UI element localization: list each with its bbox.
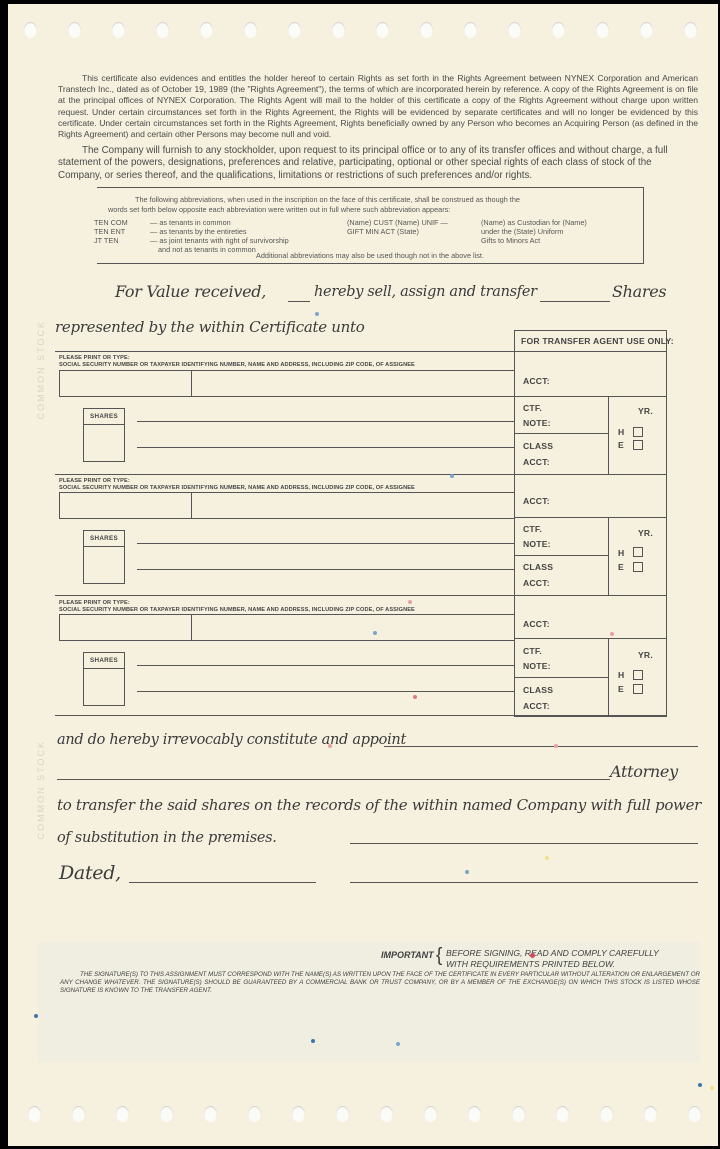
transfer-shares-text: to transfer the said shares on the recor… — [57, 796, 701, 814]
assignee-address-line-2[interactable] — [137, 447, 514, 448]
feed-hole — [556, 1106, 569, 1122]
paper-speck — [698, 1083, 702, 1087]
feed-hole — [688, 1106, 701, 1122]
paper-speck — [311, 1039, 315, 1043]
acct-label: ACCT: — [523, 376, 550, 386]
feed-hole — [468, 1106, 481, 1122]
assignee-address-line-2[interactable] — [137, 691, 514, 692]
abbreviation-meaning: — as joint tenants with right of survivo… — [150, 236, 289, 245]
abbreviation-code — [347, 236, 481, 245]
shares-box[interactable]: SHARES — [83, 652, 125, 706]
assignee-address-line-1[interactable] — [137, 543, 514, 544]
feed-hole — [160, 1106, 173, 1122]
abbreviation-left-column: TEN COM— as tenants in common TEN ENT— a… — [94, 218, 289, 254]
e-checkbox[interactable] — [633, 440, 643, 450]
rights-agreement-paragraph: This certificate also evidences and enti… — [58, 73, 698, 140]
note-label: NOTE: — [523, 418, 551, 428]
divider — [514, 638, 667, 639]
abbreviations-box: The following abbreviations, when used i… — [97, 187, 644, 264]
yr-label: YR. — [638, 650, 653, 660]
abbreviation-code: TEN COM — [94, 218, 150, 227]
paper-speck — [610, 632, 614, 636]
stockholder-info-paragraph: The Company will furnish to any stockhol… — [58, 145, 698, 182]
feed-hole — [508, 22, 521, 38]
divider — [608, 638, 609, 716]
abbreviation-right-column: (Name) CUST (Name) UNIF —(Name) as Custo… — [347, 218, 587, 245]
assignee-instruction-line2: SOCIAL SECURITY NUMBER OR TAXPAYER IDENT… — [59, 607, 415, 614]
feed-hole — [24, 22, 37, 38]
paper-speck — [465, 870, 469, 874]
feed-hole — [156, 22, 169, 38]
assignor-blank-line[interactable] — [288, 301, 310, 302]
e-checkbox[interactable] — [633, 684, 643, 694]
feed-hole — [244, 22, 257, 38]
transfer-agent-header: FOR TRANSFER AGENT USE ONLY: — [521, 336, 674, 346]
assignee-address-line-2[interactable] — [137, 569, 514, 570]
abbreviation-code: GIFT MIN ACT (State) — [347, 227, 481, 236]
abbreviation-code: TEN ENT — [94, 227, 150, 236]
stockholder-info-text: The Company will furnish to any stockhol… — [58, 145, 698, 182]
abbreviations-intro: The following abbreviations, when used i… — [97, 195, 643, 215]
important-notice: BEFORE SIGNING, READ AND COMPLY CAREFULL… — [446, 948, 659, 969]
divider — [84, 424, 124, 425]
feed-hole — [640, 22, 653, 38]
divider — [55, 474, 667, 475]
feed-hole — [28, 1106, 41, 1122]
abbreviation-meaning: (Name) as Custodian for (Name) — [481, 218, 587, 227]
h-checkbox[interactable] — [633, 547, 643, 557]
yr-label: YR. — [638, 528, 653, 538]
abbreviations-intro-line1: The following abbreviations, when used i… — [97, 195, 643, 205]
h-label: H — [618, 670, 624, 680]
divider — [55, 595, 667, 596]
divider — [514, 433, 609, 434]
paper-speck — [315, 312, 319, 316]
shares-label: SHARES — [84, 657, 124, 664]
brace-icon: { — [436, 945, 442, 967]
assignee-instruction: PLEASE PRINT OR TYPE: SOCIAL SECURITY NU… — [59, 600, 415, 613]
assignee-ssn-field[interactable] — [59, 370, 192, 397]
feed-hole — [552, 22, 565, 38]
for-value-received-text: For Value received, — [115, 282, 266, 301]
assignee-ssn-field[interactable] — [59, 614, 192, 641]
h-label: H — [618, 427, 624, 437]
h-label: H — [618, 548, 624, 558]
class-label: CLASS — [523, 441, 553, 451]
assignee-instruction-line2: SOCIAL SECURITY NUMBER OR TAXPAYER IDENT… — [59, 485, 415, 492]
shares-box[interactable]: SHARES — [83, 530, 125, 584]
feed-hole — [72, 1106, 85, 1122]
feed-hole — [596, 22, 609, 38]
class-label: CLASS — [523, 562, 553, 572]
constitute-appoint-text: and do hereby irrevocably constitute and… — [57, 732, 406, 748]
acct-label: ACCT: — [523, 578, 550, 588]
abbreviation-meaning: under the (State) Uniform — [481, 227, 563, 236]
shares-box[interactable]: SHARES — [83, 408, 125, 462]
ctf-label: CTF. — [523, 524, 542, 534]
abbreviations-footer: Additional abbreviations may also be use… — [97, 251, 643, 260]
h-checkbox[interactable] — [633, 427, 643, 437]
signature-requirements-text: THE SIGNATURE(S) TO THIS ASSIGNMENT MUST… — [60, 971, 700, 996]
abbreviation-meaning: Gifts to Minors Act — [481, 236, 540, 245]
important-notice-line1: BEFORE SIGNING, READ AND COMPLY CAREFULL… — [446, 948, 659, 959]
feed-hole — [424, 1106, 437, 1122]
assignee-instruction: PLEASE PRINT OR TYPE: SOCIAL SECURITY NU… — [59, 478, 415, 491]
divider — [55, 715, 667, 716]
divider — [514, 677, 609, 678]
tractor-holes-bottom — [0, 1106, 720, 1122]
paper-speck — [530, 953, 535, 958]
important-label: IMPORTANT — [381, 950, 434, 960]
signature-line-2[interactable] — [350, 882, 698, 883]
e-checkbox[interactable] — [633, 562, 643, 572]
acct-label: ACCT: — [523, 619, 550, 629]
feed-hole — [68, 22, 81, 38]
h-checkbox[interactable] — [633, 670, 643, 680]
divider — [514, 517, 667, 518]
yr-label: YR. — [638, 406, 653, 416]
feed-hole — [200, 22, 213, 38]
e-label: E — [618, 562, 624, 572]
feed-hole — [112, 22, 125, 38]
assignee-name-field[interactable] — [190, 614, 515, 641]
note-label: NOTE: — [523, 661, 551, 671]
tractor-holes-top — [0, 22, 720, 38]
feed-hole — [644, 1106, 657, 1122]
class-label: CLASS — [523, 685, 553, 695]
divider — [608, 396, 609, 474]
watermark-text: COMMON STOCK — [36, 320, 46, 419]
attorney-name-line-2[interactable] — [57, 779, 610, 780]
divider — [55, 351, 516, 352]
feed-hole — [512, 1106, 525, 1122]
feed-hole — [684, 22, 697, 38]
assignee-name-field[interactable] — [190, 492, 515, 519]
assignee-name-field[interactable] — [190, 370, 515, 397]
divider — [514, 351, 667, 352]
divider — [84, 546, 124, 547]
substitution-text: of substitution in the premises. — [57, 830, 277, 846]
feed-hole — [376, 22, 389, 38]
acct-label: ACCT: — [523, 457, 550, 467]
assignee-instruction: PLEASE PRINT OR TYPE: SOCIAL SECURITY NU… — [59, 355, 415, 368]
abbreviation-code: JT TEN — [94, 236, 150, 245]
ctf-label: CTF. — [523, 646, 542, 656]
feed-hole — [288, 22, 301, 38]
shares-count-blank-line[interactable] — [540, 301, 610, 302]
ctf-label: CTF. — [523, 403, 542, 413]
feed-hole — [332, 22, 345, 38]
shares-word: Shares — [612, 282, 666, 301]
dated-label: Dated, — [59, 862, 121, 884]
represented-by-text: represented by the within Certificate un… — [55, 318, 364, 336]
shares-label: SHARES — [84, 535, 124, 542]
feed-hole — [116, 1106, 129, 1122]
paper-speck — [413, 695, 417, 699]
abbreviation-meaning: — as tenants in common — [150, 218, 231, 227]
attorney-name-line[interactable] — [384, 746, 698, 747]
abbreviation-code: (Name) CUST (Name) UNIF — — [347, 218, 481, 227]
shares-label: SHARES — [84, 413, 124, 420]
assignee-address-line-1[interactable] — [137, 421, 514, 422]
paper-speck — [545, 856, 549, 860]
divider — [514, 555, 609, 556]
divider — [84, 668, 124, 669]
assignee-ssn-field[interactable] — [59, 492, 192, 519]
sell-assign-transfer-text: hereby sell, assign and transfer — [314, 284, 537, 300]
paper-speck — [450, 474, 454, 478]
assignee-address-line-1[interactable] — [137, 665, 514, 666]
important-notice-line2: WITH REQUIREMENTS PRINTED BELOW. — [446, 959, 659, 970]
assignee-instruction-line2: SOCIAL SECURITY NUMBER OR TAXPAYER IDENT… — [59, 362, 415, 369]
paper-speck — [554, 744, 558, 748]
acct-label: ACCT: — [523, 496, 550, 506]
feed-hole — [336, 1106, 349, 1122]
signature-line-1[interactable] — [350, 843, 698, 844]
e-label: E — [618, 440, 624, 450]
paper-speck — [710, 1086, 714, 1090]
note-label: NOTE: — [523, 539, 551, 549]
abbreviation-meaning: — as tenants by the entireties — [150, 227, 247, 236]
e-label: E — [618, 684, 624, 694]
paper-speck — [34, 1014, 38, 1018]
watermark-text: COMMON STOCK — [36, 740, 46, 839]
divider — [514, 396, 667, 397]
abbreviations-intro-line2: words set forth below opposite each abbr… — [97, 205, 643, 215]
feed-hole — [420, 22, 433, 38]
divider — [608, 517, 609, 595]
paper-speck — [396, 1042, 400, 1046]
feed-hole — [380, 1106, 393, 1122]
paper-speck — [408, 600, 412, 604]
feed-hole — [600, 1106, 613, 1122]
acct-label: ACCT: — [523, 701, 550, 711]
feed-hole — [464, 22, 477, 38]
paper-speck — [328, 744, 332, 748]
attorney-word: Attorney — [610, 762, 678, 781]
date-line[interactable] — [129, 882, 316, 883]
feed-hole — [204, 1106, 217, 1122]
feed-hole — [248, 1106, 261, 1122]
paper-speck — [373, 631, 377, 635]
rights-agreement-text: This certificate also evidences and enti… — [58, 73, 698, 140]
feed-hole — [292, 1106, 305, 1122]
